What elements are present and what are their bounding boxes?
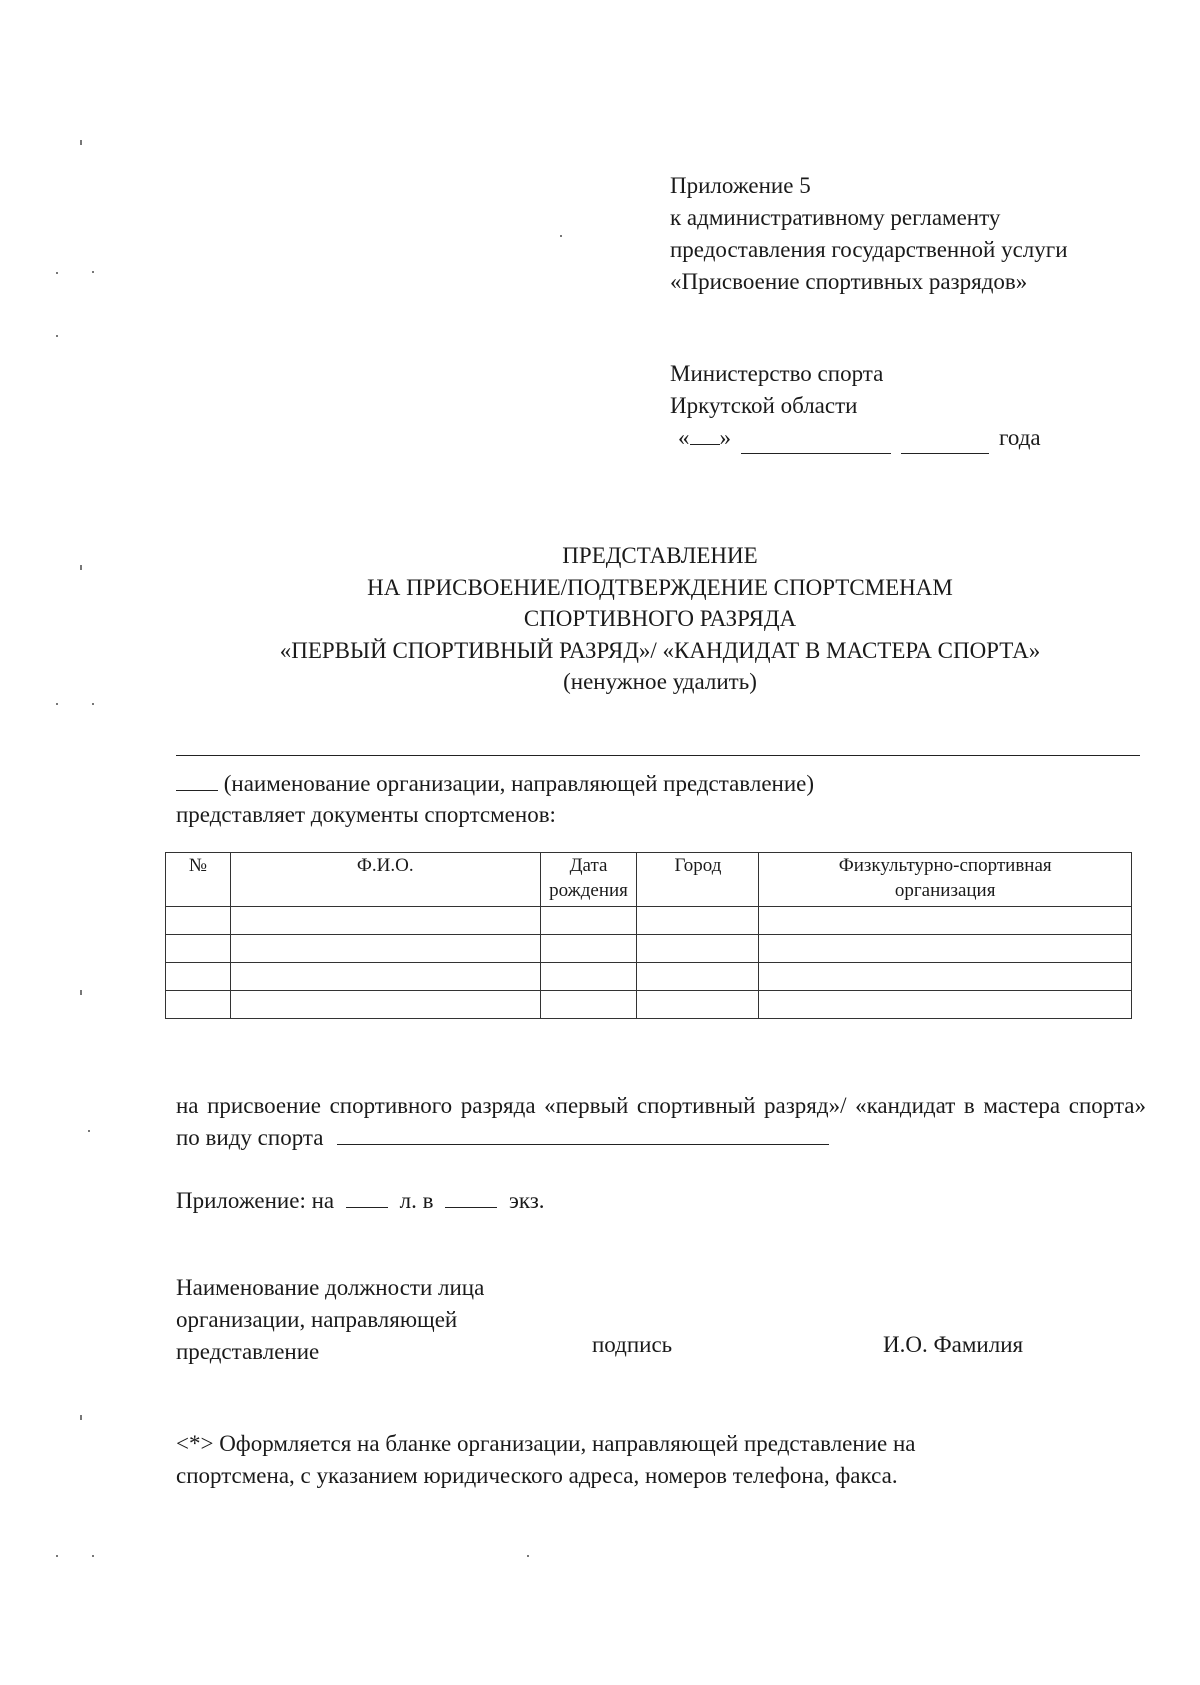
table-row — [166, 991, 1132, 1019]
title-line: НА ПРИСВОЕНИЕ/ПОДТВЕРЖДЕНИЕ СПОРТСМЕНАМ — [0, 572, 1200, 604]
title-note: (ненужное удалить) — [0, 666, 1200, 698]
signer-position: Наименование должности лица организации,… — [176, 1272, 484, 1368]
purpose-paragraph: на присвоение спортивного разряда «первы… — [176, 1090, 1146, 1154]
date-month-blank[interactable] — [741, 431, 891, 454]
date-year-blank[interactable] — [901, 431, 989, 454]
appendix-reference: Приложение 5 к административному регламе… — [670, 170, 1068, 298]
organization-name-field[interactable] — [176, 755, 1140, 756]
athletes-table: № Ф.И.О. Дата рождения Город Физкультурн… — [165, 852, 1132, 1019]
cell-full-name[interactable] — [230, 963, 540, 991]
scan-speck — [88, 1130, 90, 1132]
footnote-line: <*> Оформляется на бланке организации, н… — [176, 1428, 915, 1460]
cell-full-name[interactable] — [230, 907, 540, 935]
scan-speck — [80, 1415, 82, 1420]
document-title: ПРЕДСТАВЛЕНИЕ НА ПРИСВОЕНИЕ/ПОДТВЕРЖДЕНИ… — [0, 540, 1200, 698]
cell-city[interactable] — [637, 991, 759, 1019]
table-row — [166, 963, 1132, 991]
sheets-label: л. в — [400, 1188, 434, 1213]
title-line: «ПЕРВЫЙ СПОРТИВНЫЙ РАЗРЯД»/ «КАНДИДАТ В … — [0, 635, 1200, 667]
cell-sports-organization[interactable] — [759, 963, 1132, 991]
year-label: года — [999, 422, 1041, 454]
documents-intro: представляет документы спортсменов: — [176, 799, 556, 831]
cell-birth-date[interactable] — [540, 935, 637, 963]
cell-city[interactable] — [637, 935, 759, 963]
sport-type-blank[interactable] — [337, 1126, 829, 1145]
cell-number[interactable] — [166, 991, 231, 1019]
signer-name-field[interactable]: И.О. Фамилия — [883, 1329, 1023, 1361]
scan-speck — [560, 235, 562, 237]
scan-speck — [92, 703, 94, 705]
appendix-line: «Присвоение спортивных разрядов» — [670, 266, 1068, 298]
footnote-line: спортсмена, с указанием юридического адр… — [176, 1460, 915, 1492]
addressee-line: Иркутской области — [670, 390, 1041, 422]
scan-speck — [56, 335, 58, 337]
cell-sports-organization[interactable] — [759, 991, 1132, 1019]
cell-number[interactable] — [166, 907, 231, 935]
date-day-field[interactable]: «» — [678, 422, 731, 454]
table-row — [166, 935, 1132, 963]
signature-field[interactable]: подпись — [592, 1329, 672, 1361]
copies-count-blank[interactable] — [445, 1189, 497, 1208]
attachment-line: Приложение: на л. в экз. — [176, 1185, 545, 1217]
scan-speck — [80, 140, 82, 145]
copies-label: экз. — [509, 1188, 545, 1213]
scan-speck — [56, 1555, 58, 1557]
date-line: «» года — [678, 422, 1041, 454]
sheets-count-blank[interactable] — [346, 1189, 388, 1208]
appendix-line: предоставления государственной услуги — [670, 234, 1068, 266]
signer-position-line: представление — [176, 1336, 484, 1368]
header-birth-date: Дата рождения — [540, 853, 637, 907]
day-blank[interactable] — [690, 422, 720, 445]
scan-speck — [80, 565, 82, 570]
addressee-block: Министерство спорта Иркутской области «»… — [670, 358, 1041, 454]
cell-birth-date[interactable] — [540, 991, 637, 1019]
organization-prefix-blank[interactable] — [176, 770, 218, 791]
cell-birth-date[interactable] — [540, 907, 637, 935]
cell-sports-organization[interactable] — [759, 907, 1132, 935]
scan-speck — [56, 272, 58, 274]
cell-number[interactable] — [166, 935, 231, 963]
header-sports-organization: Физкультурно-спортивная организация — [759, 853, 1132, 907]
appendix-line: к административному регламенту — [670, 202, 1068, 234]
header-full-name: Ф.И.О. — [230, 853, 540, 907]
addressee-line: Министерство спорта — [670, 358, 1041, 390]
table-header-row: № Ф.И.О. Дата рождения Город Физкультурн… — [166, 853, 1132, 907]
cell-city[interactable] — [637, 907, 759, 935]
title-line: СПОРТИВНОГО РАЗРЯДА — [0, 603, 1200, 635]
attachment-prefix: Приложение: на — [176, 1188, 334, 1213]
cell-number[interactable] — [166, 963, 231, 991]
scan-speck — [56, 703, 58, 705]
cell-sports-organization[interactable] — [759, 935, 1132, 963]
signer-position-line: организации, направляющей — [176, 1304, 484, 1336]
scan-speck — [80, 990, 82, 995]
header-city: Город — [637, 853, 759, 907]
cell-birth-date[interactable] — [540, 963, 637, 991]
footnote: <*> Оформляется на бланке организации, н… — [176, 1428, 915, 1492]
appendix-number: Приложение 5 — [670, 170, 1068, 202]
cell-full-name[interactable] — [230, 991, 540, 1019]
organization-caption: (наименование организации, направляющей … — [176, 768, 814, 800]
scan-speck — [92, 1555, 94, 1557]
title-line: ПРЕДСТАВЛЕНИЕ — [0, 540, 1200, 572]
scan-speck — [527, 1555, 529, 1557]
signer-position-line: Наименование должности лица — [176, 1272, 484, 1304]
scan-speck — [92, 271, 94, 273]
header-number: № — [166, 853, 231, 907]
cell-full-name[interactable] — [230, 935, 540, 963]
table-row — [166, 907, 1132, 935]
cell-city[interactable] — [637, 963, 759, 991]
